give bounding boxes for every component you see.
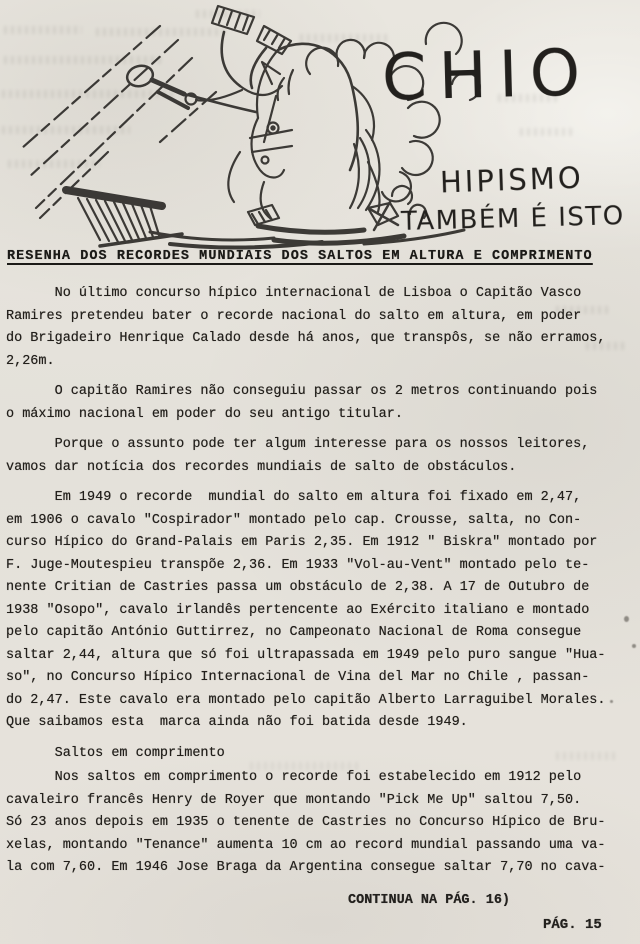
bleed-smudge bbox=[520, 128, 576, 136]
bleed-smudge bbox=[2, 90, 177, 98]
subheading-line: Saltos em comprimento bbox=[6, 743, 636, 766]
text-line: cavaleiro francês Henry de Royer que mon… bbox=[6, 790, 636, 813]
scanned-page: { "page": { "handwriting": { "title": "C… bbox=[0, 0, 640, 944]
text-line: pelo capitão António Guttirrez, no Campe… bbox=[6, 622, 636, 645]
text-line: xelas, montando "Tenance" aumenta 10 cm … bbox=[6, 835, 636, 858]
text-line: Porque o assunto pode ter algum interess… bbox=[6, 434, 636, 457]
text-line: Em 1949 o recorde mundial do salto em al… bbox=[6, 487, 636, 510]
text-line: do 2,47. Este cavalo era montado pelo ca… bbox=[6, 690, 636, 713]
bleed-smudge bbox=[4, 26, 82, 34]
text-line: Que saibamos esta marca ainda não foi ba… bbox=[6, 712, 636, 735]
bleed-smudge bbox=[300, 34, 390, 42]
text-line: Ramires pretendeu bater o recorde nacion… bbox=[6, 306, 636, 329]
article-headline: RESENHA DOS RECORDES MUNDIAIS DOS SALTOS… bbox=[7, 249, 593, 264]
text-line: Só 23 anos depois em 1935 o tenente de C… bbox=[6, 812, 636, 835]
handwritten-chio: CHIO bbox=[381, 41, 593, 110]
bleed-smudge bbox=[2, 126, 130, 134]
text-line: curso Hípico do Grand-Palais em Paris 2,… bbox=[6, 532, 636, 555]
page-number: PÁG. 15 bbox=[543, 917, 602, 933]
text-line: 1938 "Osopo", cavalo irlandês pertencent… bbox=[6, 600, 636, 623]
bleed-smudge bbox=[96, 28, 226, 36]
text-line: do Brigadeiro Henrique Calado desde há a… bbox=[6, 328, 636, 351]
continuation-note: CONTINUA NA PÁG. 16) bbox=[348, 893, 510, 908]
bleed-smudge bbox=[196, 10, 260, 18]
handwritten-caption-line1: HIPISMO bbox=[439, 161, 584, 200]
text-line: 2,26m. bbox=[6, 351, 636, 374]
text-line: nente Critian de Castries passa um obstá… bbox=[6, 577, 636, 600]
handwritten-caption-line2: TAMBÉM É ISTO bbox=[401, 201, 625, 237]
text-line: Nos saltos em comprimento o recorde foi … bbox=[6, 767, 636, 790]
text-line: em 1906 o cavalo "Cospirador" montado pe… bbox=[6, 510, 636, 533]
article-body: No último concurso hípico internacional … bbox=[6, 283, 636, 880]
text-line: No último concurso hípico internacional … bbox=[6, 283, 636, 306]
text-line: so", no Concurso Hípico Internacional de… bbox=[6, 667, 636, 690]
text-line: o máximo nacional em poder do seu antigo… bbox=[6, 404, 636, 427]
bleed-smudge bbox=[4, 56, 164, 64]
bleed-smudge bbox=[8, 160, 100, 168]
text-line: la com 7,60. Em 1946 Jose Braga da Argen… bbox=[6, 857, 636, 880]
text-line: vamos dar notícia dos recordes mundiais … bbox=[6, 457, 636, 480]
text-line: saltar 2,44, altura que só foi ultrapass… bbox=[6, 645, 636, 668]
text-line: F. Juge-Moutespieu transpõe 2,36. Em 193… bbox=[6, 555, 636, 578]
text-line: O capitão Ramires não conseguiu passar o… bbox=[6, 381, 636, 404]
